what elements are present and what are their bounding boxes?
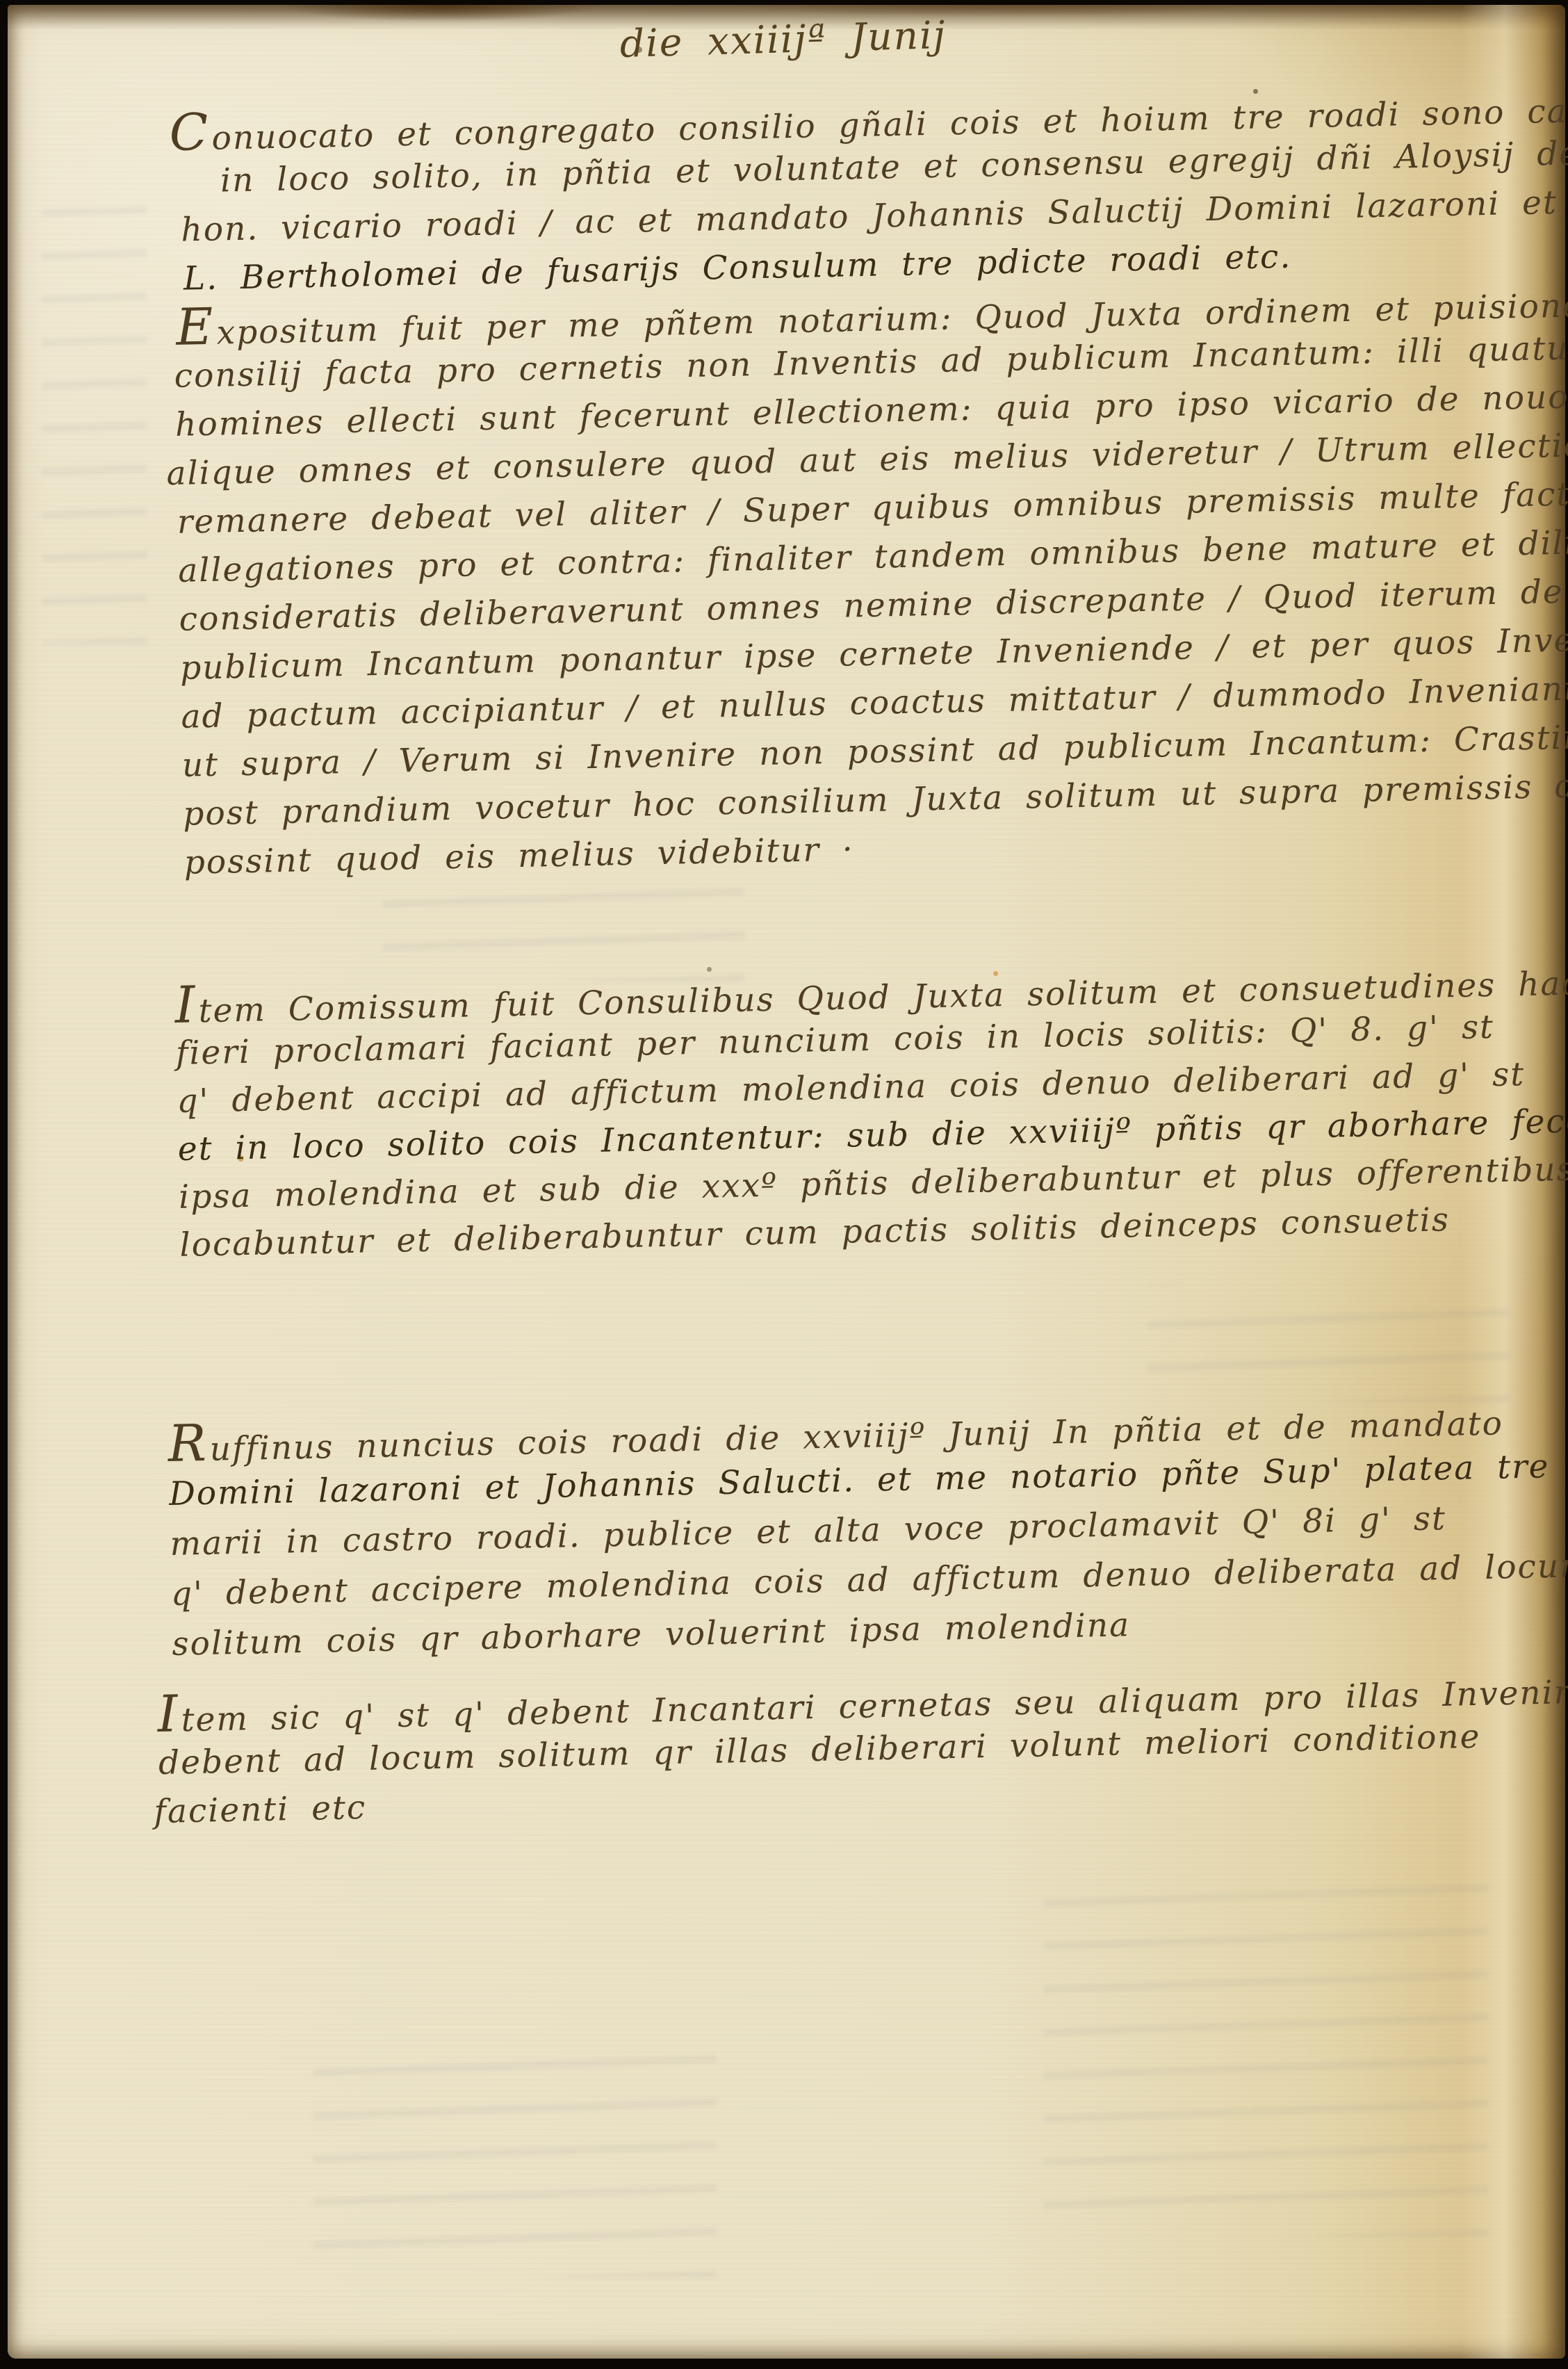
ink-specks	[8, 5, 11, 8]
scanned-page-backdrop: die xxiiijª Junij Conuocato et congregat…	[0, 0, 1568, 2369]
bleedthrough-smudge	[1148, 1284, 1509, 1402]
bleedthrough-smudge	[383, 877, 744, 982]
manuscript-page: die xxiiijª Junij Conuocato et congregat…	[8, 5, 1565, 2359]
paragraph-convocato: Conuocato et congregato consilio gñali c…	[169, 75, 1568, 887]
paragraph-proclamatio: Ruffinus nuncius cois roadi die xxviiijº…	[168, 1391, 1568, 1670]
bleedthrough-smudge	[42, 200, 147, 644]
bleedthrough-smudge	[1043, 1875, 1488, 2236]
paragraph-item-comissum: Item Comissum fuit Consulibus Quod Juxta…	[174, 952, 1568, 1269]
bleedthrough-smudge	[313, 2049, 717, 2278]
date-heading: die xxiiijª Junij	[619, 13, 947, 66]
paragraph-item-incantari: Item sic q' st q' debent Incantari cerne…	[157, 1662, 1568, 1837]
